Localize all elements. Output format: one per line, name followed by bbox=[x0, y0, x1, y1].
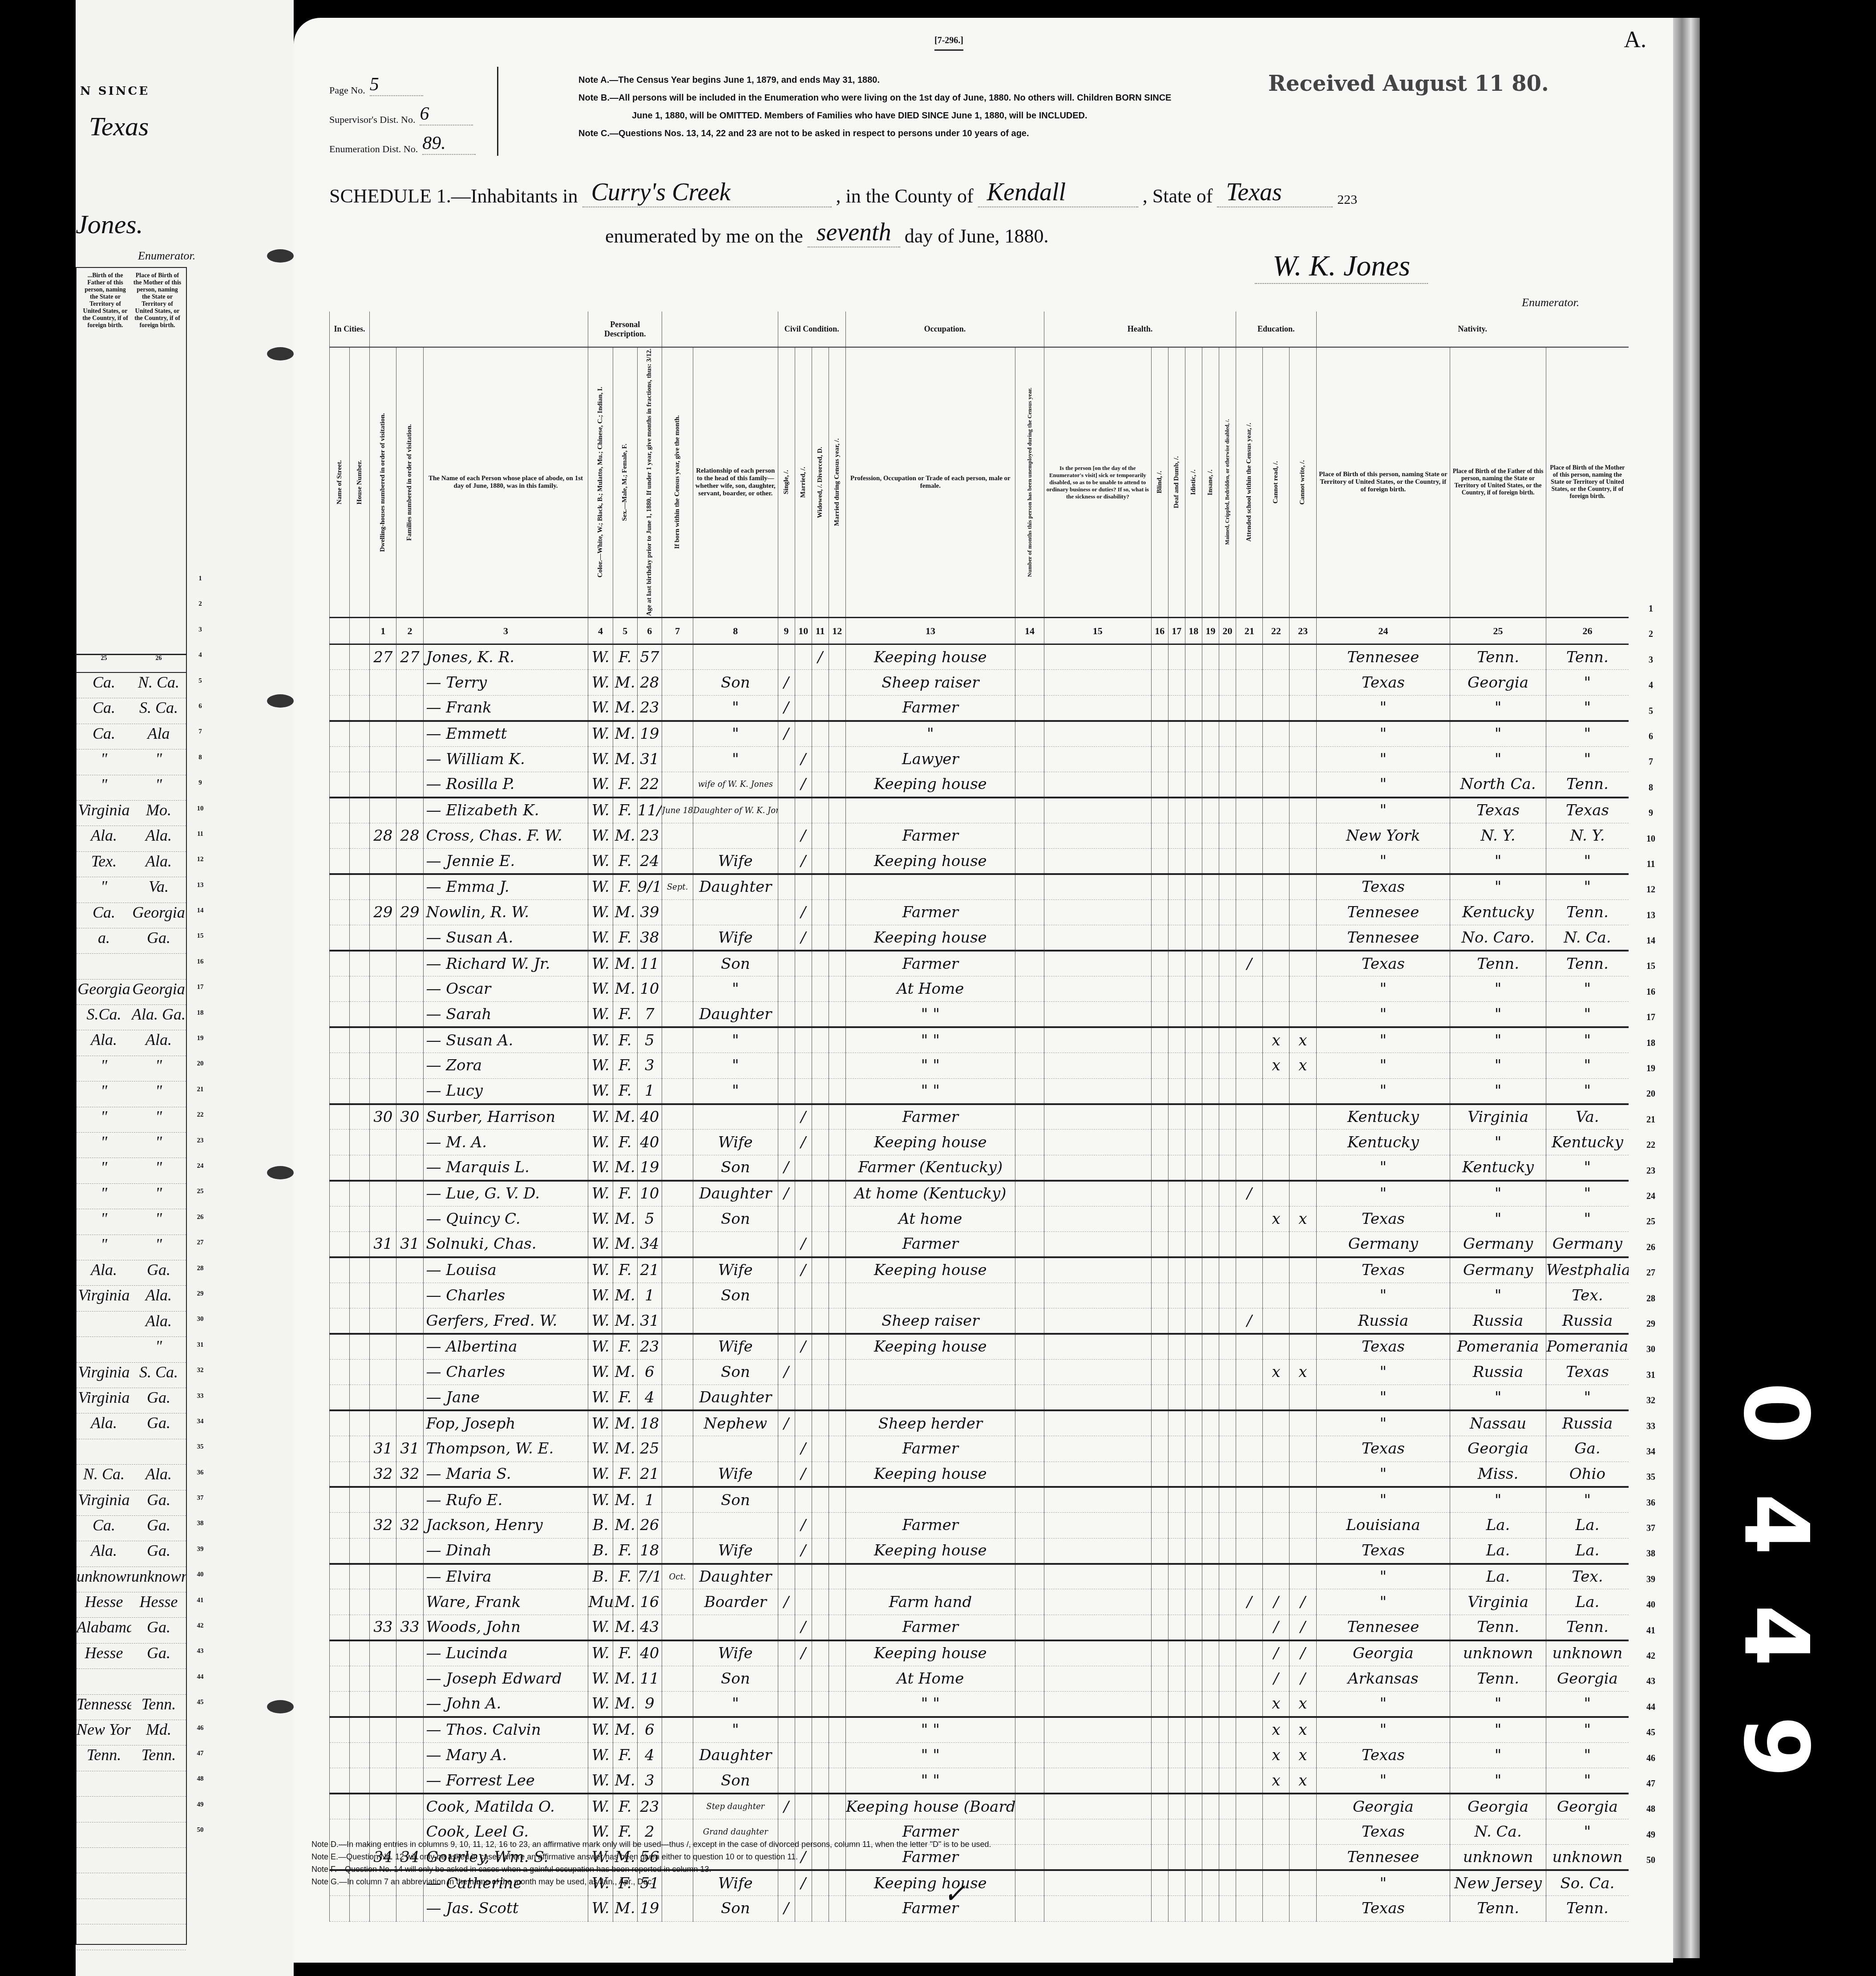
birthplace: " bbox=[1316, 1589, 1450, 1615]
family-number: 31 bbox=[396, 1436, 423, 1462]
birthplace: " bbox=[1316, 695, 1450, 721]
idiotic-mark bbox=[1185, 695, 1202, 721]
color: W. bbox=[588, 849, 613, 874]
street-cell bbox=[330, 1002, 350, 1027]
deaf-dumb-mark bbox=[1168, 1334, 1185, 1359]
father-birthplace: " bbox=[1450, 1487, 1546, 1512]
cannot-write-mark bbox=[1290, 721, 1316, 746]
family-number bbox=[396, 1717, 423, 1742]
insane-mark bbox=[1202, 849, 1219, 874]
deaf-dumb-mark bbox=[1168, 1640, 1185, 1666]
page-number-label: Page No. bbox=[329, 85, 365, 96]
cannot-write-mark bbox=[1290, 1283, 1316, 1308]
enumerated-prefix: enumerated by me on the bbox=[605, 225, 803, 247]
father-birthplace: La. bbox=[1450, 1513, 1546, 1538]
age: 26 bbox=[637, 1513, 662, 1538]
birth-month bbox=[662, 1794, 693, 1819]
sex: M. bbox=[613, 1896, 637, 1921]
deaf-dumb-mark bbox=[1168, 1819, 1185, 1844]
single-mark: / bbox=[778, 1359, 795, 1385]
person-name: — Lucinda bbox=[423, 1640, 588, 1666]
sex: F. bbox=[613, 925, 637, 951]
idiotic-mark bbox=[1185, 1589, 1202, 1615]
idiotic-mark bbox=[1185, 772, 1202, 797]
deaf-dumb-mark bbox=[1168, 644, 1185, 670]
maimed-mark bbox=[1219, 721, 1236, 746]
attended-school-mark bbox=[1236, 849, 1263, 874]
family-number bbox=[396, 925, 423, 951]
maimed-mark bbox=[1219, 1717, 1236, 1742]
single-mark: / bbox=[778, 670, 795, 695]
left-father-birthplace: " bbox=[77, 1209, 131, 1234]
left-line-number: 18 bbox=[191, 1009, 209, 1035]
attended-school-mark bbox=[1236, 1410, 1263, 1436]
mother-birthplace: " bbox=[1546, 1487, 1629, 1512]
column-number: 19 bbox=[1202, 618, 1219, 644]
married-census-year-mark bbox=[829, 1564, 845, 1589]
deaf-dumb-mark bbox=[1168, 1768, 1185, 1794]
deaf-dumb-mark bbox=[1168, 1538, 1185, 1563]
house-cell bbox=[350, 772, 370, 797]
attended-school-mark bbox=[1236, 1845, 1263, 1870]
line-number: 31 bbox=[1637, 1363, 1664, 1388]
single-mark bbox=[778, 1257, 795, 1283]
married-mark: / bbox=[795, 1231, 812, 1257]
sickness bbox=[1044, 1487, 1152, 1512]
cannot-write-mark bbox=[1290, 1104, 1316, 1130]
cannot-write-mark bbox=[1290, 1181, 1316, 1206]
father-birthplace: Tenn. bbox=[1450, 951, 1546, 976]
mother-birthplace: Georgia bbox=[1546, 1794, 1629, 1819]
cannot-read-mark bbox=[1263, 1181, 1290, 1206]
line-number: 32 bbox=[1637, 1388, 1664, 1413]
father-birthplace: North Ca. bbox=[1450, 772, 1546, 797]
cannot-read-mark bbox=[1263, 1870, 1290, 1895]
blind-mark bbox=[1151, 1002, 1168, 1027]
left-page-row: "" bbox=[77, 1107, 186, 1133]
table-row: Fop, JosephW.M.18Nephew/Sheep herder"Nas… bbox=[330, 1410, 1629, 1436]
left-page-row: Ala.Ga. bbox=[77, 1260, 186, 1286]
left-line-number: 22 bbox=[191, 1111, 209, 1137]
table-row: 2828Cross, Chas. F. W.W.M.23/FarmerNew Y… bbox=[330, 823, 1629, 848]
sickness bbox=[1044, 1257, 1152, 1283]
left-page-row-numbers: 1234567891011121314151617181920212223242… bbox=[191, 575, 209, 1852]
family-number bbox=[396, 874, 423, 899]
father-birthplace: Miss. bbox=[1450, 1462, 1546, 1487]
age: 7 bbox=[637, 1002, 662, 1027]
left-father-birthplace bbox=[77, 1848, 131, 1873]
relationship: " bbox=[693, 1717, 778, 1742]
blind-mark bbox=[1151, 1487, 1168, 1512]
deaf-dumb-mark bbox=[1168, 1231, 1185, 1257]
cannot-write-mark bbox=[1290, 899, 1316, 925]
idiotic-mark bbox=[1185, 1487, 1202, 1512]
cannot-write-mark bbox=[1290, 1410, 1316, 1436]
attended-school-mark bbox=[1236, 1870, 1263, 1895]
enumeration-day: seventh bbox=[808, 218, 900, 247]
sex: F. bbox=[613, 1742, 637, 1768]
line-number: 15 bbox=[1637, 954, 1664, 979]
table-row: — William K.W.M.31"/Lawyer""" bbox=[330, 746, 1629, 772]
group-civil-condition: Civil Condition. bbox=[778, 312, 845, 347]
idiotic-mark bbox=[1185, 951, 1202, 976]
color: W. bbox=[588, 1896, 613, 1921]
months-unemployed bbox=[1015, 1002, 1044, 1027]
left-father-birthplace: S.Ca. bbox=[77, 1005, 131, 1030]
single-mark bbox=[778, 1385, 795, 1410]
color: W. bbox=[588, 1385, 613, 1410]
left-page-row: Ala.Ala. bbox=[77, 826, 186, 851]
line-number: 5 bbox=[1637, 699, 1664, 724]
birthplace: Texas bbox=[1316, 670, 1450, 695]
married-census-year-mark bbox=[829, 1078, 845, 1104]
sickness bbox=[1044, 1742, 1152, 1768]
table-row: — Emma J.W.F.9/12Sept.DaughterTexas"" bbox=[330, 874, 1629, 899]
sickness bbox=[1044, 1436, 1152, 1462]
blind-mark bbox=[1151, 644, 1168, 670]
months-unemployed bbox=[1015, 1564, 1044, 1589]
family-number bbox=[396, 1359, 423, 1385]
widowed-mark bbox=[812, 1027, 829, 1053]
left-father-birthplace bbox=[77, 1337, 131, 1362]
house-cell bbox=[350, 925, 370, 951]
cannot-read-mark bbox=[1263, 1538, 1290, 1563]
married-census-year-mark bbox=[829, 746, 845, 772]
house-cell bbox=[350, 1283, 370, 1308]
father-birthplace: Virginia bbox=[1450, 1104, 1546, 1130]
mother-birthplace: " bbox=[1546, 1002, 1629, 1027]
left-mother-birthplace: Georgia bbox=[131, 980, 186, 1004]
frame-digit: 0 bbox=[1731, 1382, 1820, 1444]
maimed-mark bbox=[1219, 1742, 1236, 1768]
color: W. bbox=[588, 695, 613, 721]
person-name: — Charles bbox=[423, 1359, 588, 1385]
age: 38 bbox=[637, 925, 662, 951]
color: W. bbox=[588, 1257, 613, 1283]
col-header-relationship: Relationship of each person to the head … bbox=[693, 347, 778, 618]
widowed-mark bbox=[812, 1896, 829, 1921]
months-unemployed bbox=[1015, 925, 1044, 951]
blind-mark bbox=[1151, 1410, 1168, 1436]
dwelling-number bbox=[370, 1155, 396, 1180]
left-mother-birthplace: Ga. bbox=[131, 1388, 186, 1413]
months-unemployed bbox=[1015, 1359, 1044, 1385]
left-mother-birthplace: Hesse bbox=[131, 1592, 186, 1617]
attended-school-mark bbox=[1236, 1896, 1263, 1921]
left-mother-birthplace bbox=[131, 1669, 186, 1694]
sex: M. bbox=[613, 899, 637, 925]
blind-mark bbox=[1151, 1819, 1168, 1844]
occupation: " " bbox=[845, 1768, 1015, 1794]
left-page-col-headers: ...Birth of the Father of this person, n… bbox=[77, 268, 186, 655]
blind-mark bbox=[1151, 1104, 1168, 1130]
birthplace: Arkansas bbox=[1316, 1666, 1450, 1691]
left-line-number: 4 bbox=[191, 652, 209, 677]
insane-mark bbox=[1202, 1308, 1219, 1334]
married-census-year-mark bbox=[829, 823, 845, 848]
father-birthplace: Georgia bbox=[1450, 670, 1546, 695]
sickness bbox=[1044, 1538, 1152, 1563]
line-number: 8 bbox=[1637, 775, 1664, 801]
maimed-mark bbox=[1219, 1130, 1236, 1155]
sickness bbox=[1044, 1666, 1152, 1691]
relationship: " bbox=[693, 1078, 778, 1104]
mother-birthplace: unknown bbox=[1546, 1640, 1629, 1666]
mother-birthplace: " bbox=[1546, 1206, 1629, 1231]
father-birthplace: Tenn. bbox=[1450, 644, 1546, 670]
mother-birthplace: " bbox=[1546, 1768, 1629, 1794]
left-page-row: a.Ga. bbox=[77, 928, 186, 954]
father-birthplace: Germany bbox=[1450, 1231, 1546, 1257]
col-header-birthplace: Place of Birth of this person, naming St… bbox=[1316, 347, 1450, 618]
blind-mark bbox=[1151, 1334, 1168, 1359]
insane-mark bbox=[1202, 1742, 1219, 1768]
family-number bbox=[396, 951, 423, 976]
street-cell bbox=[330, 1104, 350, 1130]
deaf-dumb-mark bbox=[1168, 1130, 1185, 1155]
age: 40 bbox=[637, 1130, 662, 1155]
mother-birthplace: Tenn. bbox=[1546, 1896, 1629, 1921]
insane-mark bbox=[1202, 1027, 1219, 1053]
dwelling-number bbox=[370, 1538, 396, 1563]
blind-mark bbox=[1151, 1692, 1168, 1717]
cannot-write-mark bbox=[1290, 670, 1316, 695]
birthplace: Georgia bbox=[1316, 1794, 1450, 1819]
col-header-married-census-year: Married during Census year, /. bbox=[829, 347, 845, 618]
left-mother-birthplace bbox=[131, 1924, 186, 1949]
birthplace: " bbox=[1316, 746, 1450, 772]
col-header-attended-school: Attended school within the Census year, … bbox=[1236, 347, 1263, 618]
page-number: 5 bbox=[370, 74, 423, 96]
occupation: Farmer bbox=[845, 1513, 1015, 1538]
mother-birthplace: Tenn. bbox=[1546, 644, 1629, 670]
street-cell bbox=[330, 1257, 350, 1283]
single-mark bbox=[778, 1078, 795, 1104]
left-mother-birthplace: Ga. bbox=[131, 928, 186, 953]
cannot-write-mark bbox=[1290, 1155, 1316, 1180]
census-schedule-table: In Cities. Personal Description. Civil C… bbox=[329, 312, 1629, 1922]
family-number bbox=[396, 1666, 423, 1691]
left-line-number: 38 bbox=[191, 1520, 209, 1545]
cannot-write-mark: x bbox=[1290, 1206, 1316, 1231]
left-page-row: HesseHesse bbox=[77, 1592, 186, 1618]
left-father-birthplace: Ala. bbox=[77, 1541, 131, 1566]
dwelling-number bbox=[370, 695, 396, 721]
color: W. bbox=[588, 1487, 613, 1512]
age: 4 bbox=[637, 1385, 662, 1410]
person-name: — John A. bbox=[423, 1692, 588, 1717]
deaf-dumb-mark bbox=[1168, 1078, 1185, 1104]
house-cell bbox=[350, 1359, 370, 1385]
relationship: Wife bbox=[693, 1538, 778, 1563]
maimed-mark bbox=[1219, 1385, 1236, 1410]
birth-month: Sept. bbox=[662, 874, 693, 899]
insane-mark bbox=[1202, 1410, 1219, 1436]
age: 3 bbox=[637, 1768, 662, 1794]
note-f: Note F.—Question No. 14 will only be ask… bbox=[311, 1863, 991, 1875]
blind-mark bbox=[1151, 1053, 1168, 1078]
left-mother-birthplace: Ala. bbox=[131, 1465, 186, 1490]
color: W. bbox=[588, 1666, 613, 1691]
maimed-mark bbox=[1219, 1896, 1236, 1921]
street-cell bbox=[330, 1078, 350, 1104]
table-row: — FrankW.M.23"/Farmer""" bbox=[330, 695, 1629, 721]
street-cell bbox=[330, 1359, 350, 1385]
married-census-year-mark bbox=[829, 1257, 845, 1283]
occupation: " " bbox=[845, 1002, 1015, 1027]
deaf-dumb-mark bbox=[1168, 1870, 1185, 1895]
age: 40 bbox=[637, 1104, 662, 1130]
father-birthplace: " bbox=[1450, 1053, 1546, 1078]
color: W. bbox=[588, 899, 613, 925]
left-line-number: 12 bbox=[191, 856, 209, 881]
idiotic-mark bbox=[1185, 925, 1202, 951]
house-cell bbox=[350, 1487, 370, 1512]
single-mark bbox=[778, 976, 795, 1002]
months-unemployed bbox=[1015, 1283, 1044, 1308]
married-mark bbox=[795, 1027, 812, 1053]
widowed-mark bbox=[812, 1053, 829, 1078]
father-birthplace: " bbox=[1450, 1181, 1546, 1206]
deaf-dumb-mark bbox=[1168, 823, 1185, 848]
age: 1 bbox=[637, 1078, 662, 1104]
idiotic-mark bbox=[1185, 849, 1202, 874]
frame-digit: 4 bbox=[1731, 1604, 1820, 1666]
dwelling-number bbox=[370, 1181, 396, 1206]
house-cell bbox=[350, 1385, 370, 1410]
widowed-mark bbox=[812, 1794, 829, 1819]
occupation: Keeping house bbox=[845, 1130, 1015, 1155]
column-number: 7 bbox=[662, 618, 693, 644]
left-line-number: 23 bbox=[191, 1137, 209, 1162]
column-number: 11 bbox=[812, 618, 829, 644]
left-mother-birthplace: Tenn. bbox=[131, 1745, 186, 1770]
sex: F. bbox=[613, 1640, 637, 1666]
age: 39 bbox=[637, 899, 662, 925]
idiotic-mark bbox=[1185, 1104, 1202, 1130]
state-label: , State of bbox=[1143, 185, 1213, 207]
widowed-mark bbox=[812, 1410, 829, 1436]
birthplace: Texas bbox=[1316, 1257, 1450, 1283]
married-mark: / bbox=[795, 1615, 812, 1640]
widowed-mark bbox=[812, 1589, 829, 1615]
single-mark: / bbox=[778, 1181, 795, 1206]
house-cell bbox=[350, 1027, 370, 1053]
person-name: — Mary A. bbox=[423, 1742, 588, 1768]
insane-mark bbox=[1202, 695, 1219, 721]
blind-mark bbox=[1151, 1257, 1168, 1283]
single-mark: / bbox=[778, 1155, 795, 1180]
line-number: 7 bbox=[1637, 749, 1664, 775]
father-birthplace: Kentucky bbox=[1450, 899, 1546, 925]
birthplace: Germany bbox=[1316, 1231, 1450, 1257]
months-unemployed bbox=[1015, 1257, 1044, 1283]
left-line-number: 34 bbox=[191, 1418, 209, 1443]
blind-mark bbox=[1151, 695, 1168, 721]
relationship: Son bbox=[693, 1896, 778, 1921]
family-number: 29 bbox=[396, 899, 423, 925]
cannot-write-mark bbox=[1290, 1334, 1316, 1359]
birth-month: June 1879 bbox=[662, 798, 693, 823]
note-b: Note B.—All persons will be included in … bbox=[578, 89, 1335, 107]
age: 43 bbox=[637, 1615, 662, 1640]
left-page-row: "" bbox=[77, 1081, 186, 1107]
attended-school-mark bbox=[1236, 1002, 1263, 1027]
deaf-dumb-mark bbox=[1168, 1181, 1185, 1206]
maimed-mark bbox=[1219, 1513, 1236, 1538]
widowed-mark bbox=[812, 823, 829, 848]
married-census-year-mark bbox=[829, 1717, 845, 1742]
house-cell bbox=[350, 1334, 370, 1359]
cannot-read-mark bbox=[1263, 1308, 1290, 1334]
cannot-read-mark bbox=[1263, 1896, 1290, 1921]
occupation: Farmer (Kentucky) bbox=[845, 1155, 1015, 1180]
attended-school-mark bbox=[1236, 670, 1263, 695]
left-page-row: Ca.Ala bbox=[77, 724, 186, 749]
line-number: 25 bbox=[1637, 1209, 1664, 1235]
age: 11/12 bbox=[637, 798, 662, 823]
widowed-mark bbox=[812, 951, 829, 976]
house-cell bbox=[350, 1231, 370, 1257]
widowed-mark bbox=[812, 1513, 829, 1538]
cannot-write-mark: x bbox=[1290, 1717, 1316, 1742]
birthplace: Tennesee bbox=[1316, 644, 1450, 670]
single-mark: / bbox=[778, 695, 795, 721]
cannot-read-mark: / bbox=[1263, 1589, 1290, 1615]
left-page-row: Ala. bbox=[77, 1312, 186, 1337]
color: W. bbox=[588, 772, 613, 797]
insane-mark bbox=[1202, 899, 1219, 925]
color: W. bbox=[588, 1615, 613, 1640]
column-number-row: 1234567891011121314151617181920212223242… bbox=[330, 618, 1629, 644]
left-mother-birthplace: Tenn. bbox=[131, 1695, 186, 1720]
attended-school-mark bbox=[1236, 1564, 1263, 1589]
cannot-write-mark: x bbox=[1290, 1692, 1316, 1717]
left-father-birthplace bbox=[77, 1439, 131, 1464]
married-census-year-mark bbox=[829, 670, 845, 695]
line-number: 22 bbox=[1637, 1133, 1664, 1158]
dwelling-number bbox=[370, 798, 396, 823]
person-name: — Albertina bbox=[423, 1334, 588, 1359]
married-mark bbox=[795, 1589, 812, 1615]
left-mother-birthplace: Ala. bbox=[131, 1030, 186, 1055]
dwelling-number bbox=[370, 1768, 396, 1794]
blind-mark bbox=[1151, 849, 1168, 874]
relationship: Wife bbox=[693, 849, 778, 874]
single-mark bbox=[778, 746, 795, 772]
relationship: Wife bbox=[693, 1257, 778, 1283]
single-mark bbox=[778, 772, 795, 797]
attended-school-mark bbox=[1236, 695, 1263, 721]
deaf-dumb-mark bbox=[1168, 746, 1185, 772]
left-father-birthplace: Ca. bbox=[77, 724, 131, 749]
occupation: " " bbox=[845, 1053, 1015, 1078]
blind-mark bbox=[1151, 1666, 1168, 1691]
sex: F. bbox=[613, 772, 637, 797]
left-mother-birthplace: " bbox=[131, 1133, 186, 1158]
column-number: 18 bbox=[1185, 618, 1202, 644]
left-col-numbers: 25 26 bbox=[77, 655, 186, 673]
occupation: Farmer bbox=[845, 1896, 1015, 1921]
street-cell bbox=[330, 1666, 350, 1691]
family-number bbox=[396, 1589, 423, 1615]
left-page-row bbox=[77, 1873, 186, 1899]
birthplace: Louisiana bbox=[1316, 1513, 1450, 1538]
idiotic-mark bbox=[1185, 1615, 1202, 1640]
married-census-year-mark bbox=[829, 1053, 845, 1078]
table-row: — Joseph EdwardW.M.11SonAt Home//Arkansa… bbox=[330, 1666, 1629, 1691]
married-mark bbox=[795, 1283, 812, 1308]
